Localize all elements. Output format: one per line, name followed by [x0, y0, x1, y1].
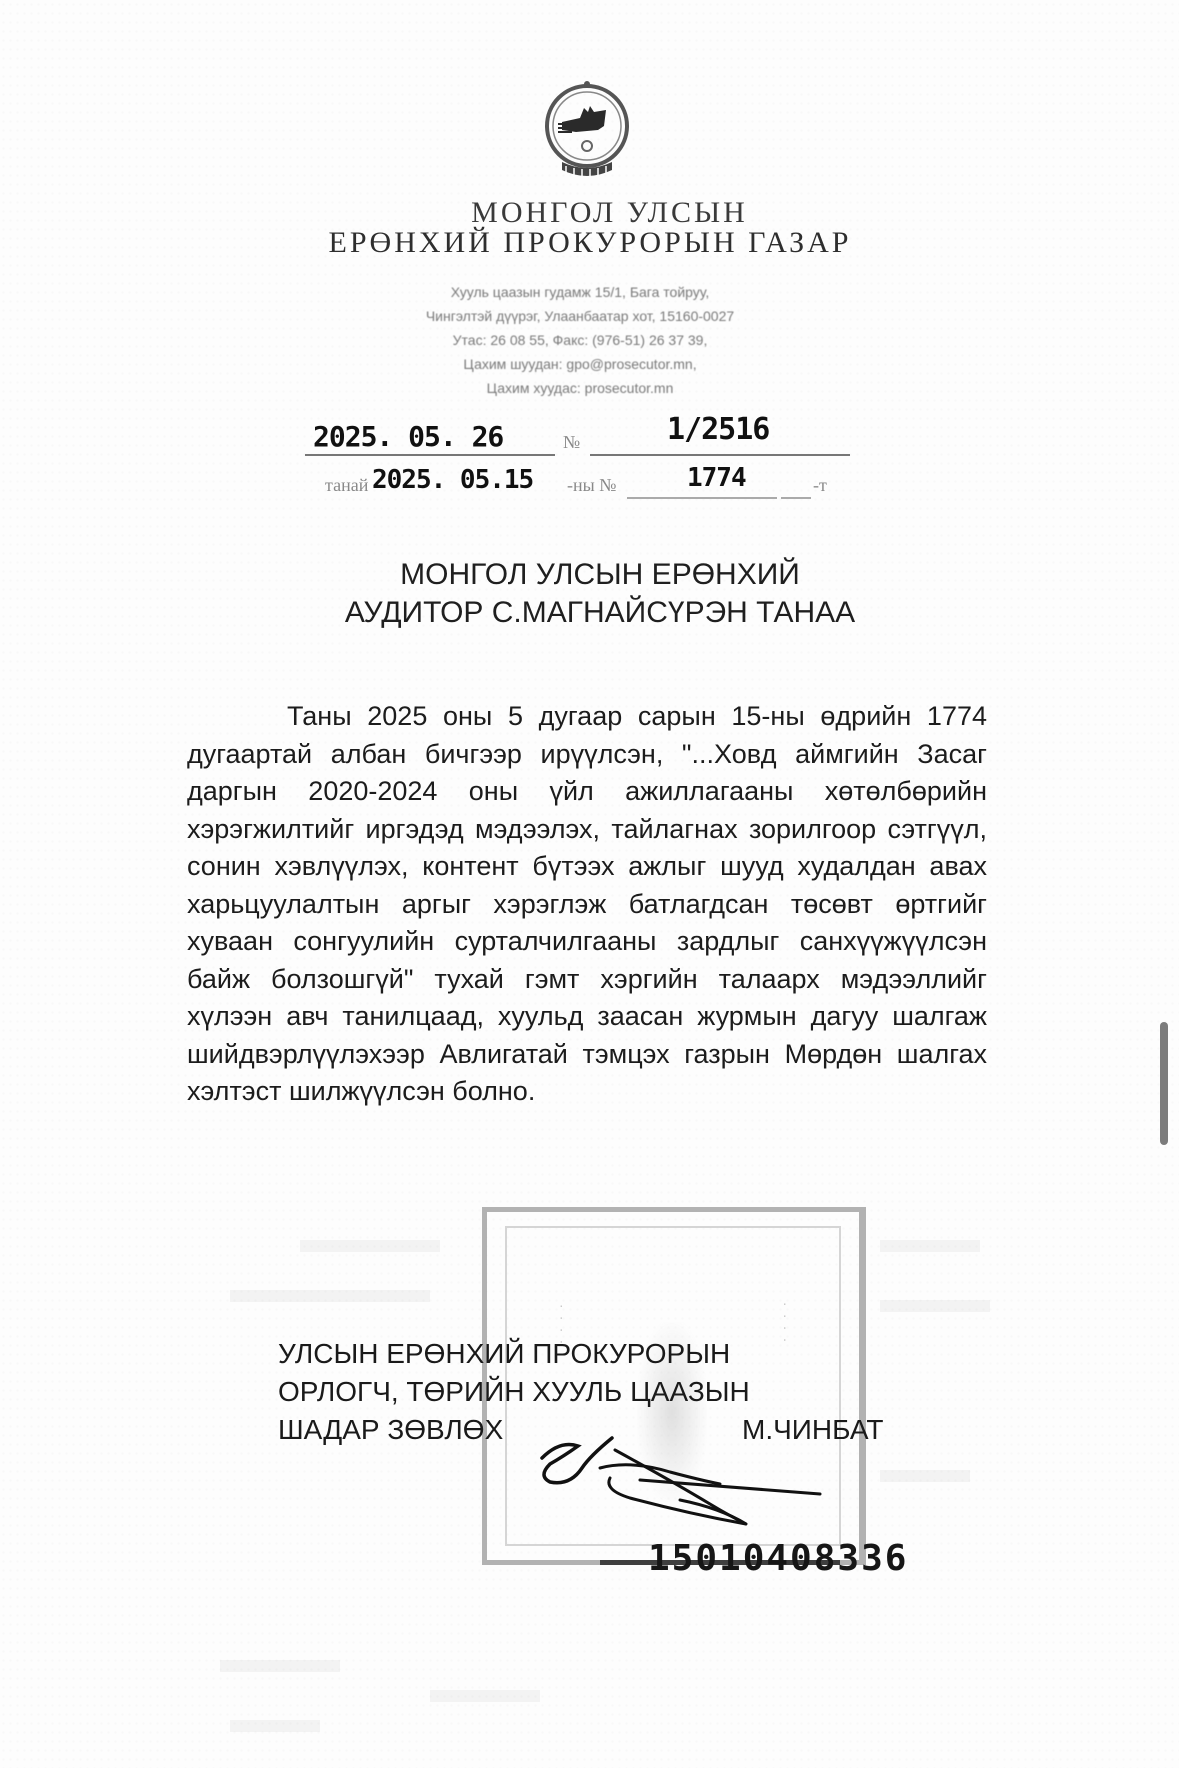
addressee-line2: АУДИТОР С.МАГНАЙСҮРЭН ТАНАА: [300, 594, 900, 632]
vertical-scrollbar-thumb[interactable]: [1160, 1022, 1168, 1145]
contact-website-line: Цахим хуудас: prosecutor.mn: [330, 376, 830, 400]
contact-address-line: Хууль цаазын гудамж 15/1, Бага тойруу,: [330, 280, 830, 304]
incoming-date: 2025. 05.15: [372, 465, 533, 495]
contact-email-line: Цахим шуудан: gpo@prosecutor.mn,: [330, 352, 830, 376]
mongolia-state-emblem-icon: [532, 78, 642, 188]
letter-body: Таны 2025 оны 5 дугаар сарын 15-ны өдрий…: [187, 698, 987, 1111]
signatory-title-line2: ОРЛОГЧ, ТӨРИЙН ХУУЛЬ ЦААЗЫН: [278, 1373, 750, 1411]
addressee-line1: МОНГОЛ УЛСЫН ЕРӨНХИЙ: [300, 556, 900, 594]
org-name-line2: ЕРӨНХИЙ ПРОКУРОРЫН ГАЗАР: [310, 226, 870, 260]
your-prefix: танай: [325, 475, 368, 496]
signatory-title-line1: УЛСЫН ЕРӨНХИЙ ПРОКУРОРЫН: [278, 1335, 750, 1373]
addressee-block: МОНГОЛ УЛСЫН ЕРӨНХИЙ АУДИТОР С.МАГНАЙСҮР…: [300, 556, 900, 632]
contact-phone-line: Утас: 26 08 55, Факс: (976-51) 26 37 39,: [330, 328, 830, 352]
document-page: МОНГОЛ УЛСЫН ЕРӨНХИЙ ПРОКУРОРЫН ГАЗАР Ху…: [0, 0, 1179, 1768]
document-serial-number: 15010408336: [648, 1538, 908, 1579]
incoming-suffix: -ны №: [567, 475, 616, 496]
number-sign: №: [563, 432, 580, 453]
org-name-line1: МОНГОЛ УЛСЫН: [0, 196, 1179, 230]
outgoing-date: 2025. 05. 26: [313, 420, 503, 453]
incoming-number: 1774: [687, 463, 746, 493]
outgoing-number: 1/2516: [667, 412, 769, 447]
incoming-reference-row: танай 2025. 05.15 -ны № 1774 -т: [305, 463, 850, 503]
contact-block: Хууль цаазын гудамж 15/1, Бага тойруу, Ч…: [330, 280, 830, 400]
outgoing-reference-row: 2025. 05. 26 № 1/2516: [305, 418, 850, 458]
contact-district-line: Чингэлтэй дүүрэг, Улаанбаатар хот, 15160…: [330, 304, 830, 328]
incoming-end: -т: [813, 475, 827, 496]
